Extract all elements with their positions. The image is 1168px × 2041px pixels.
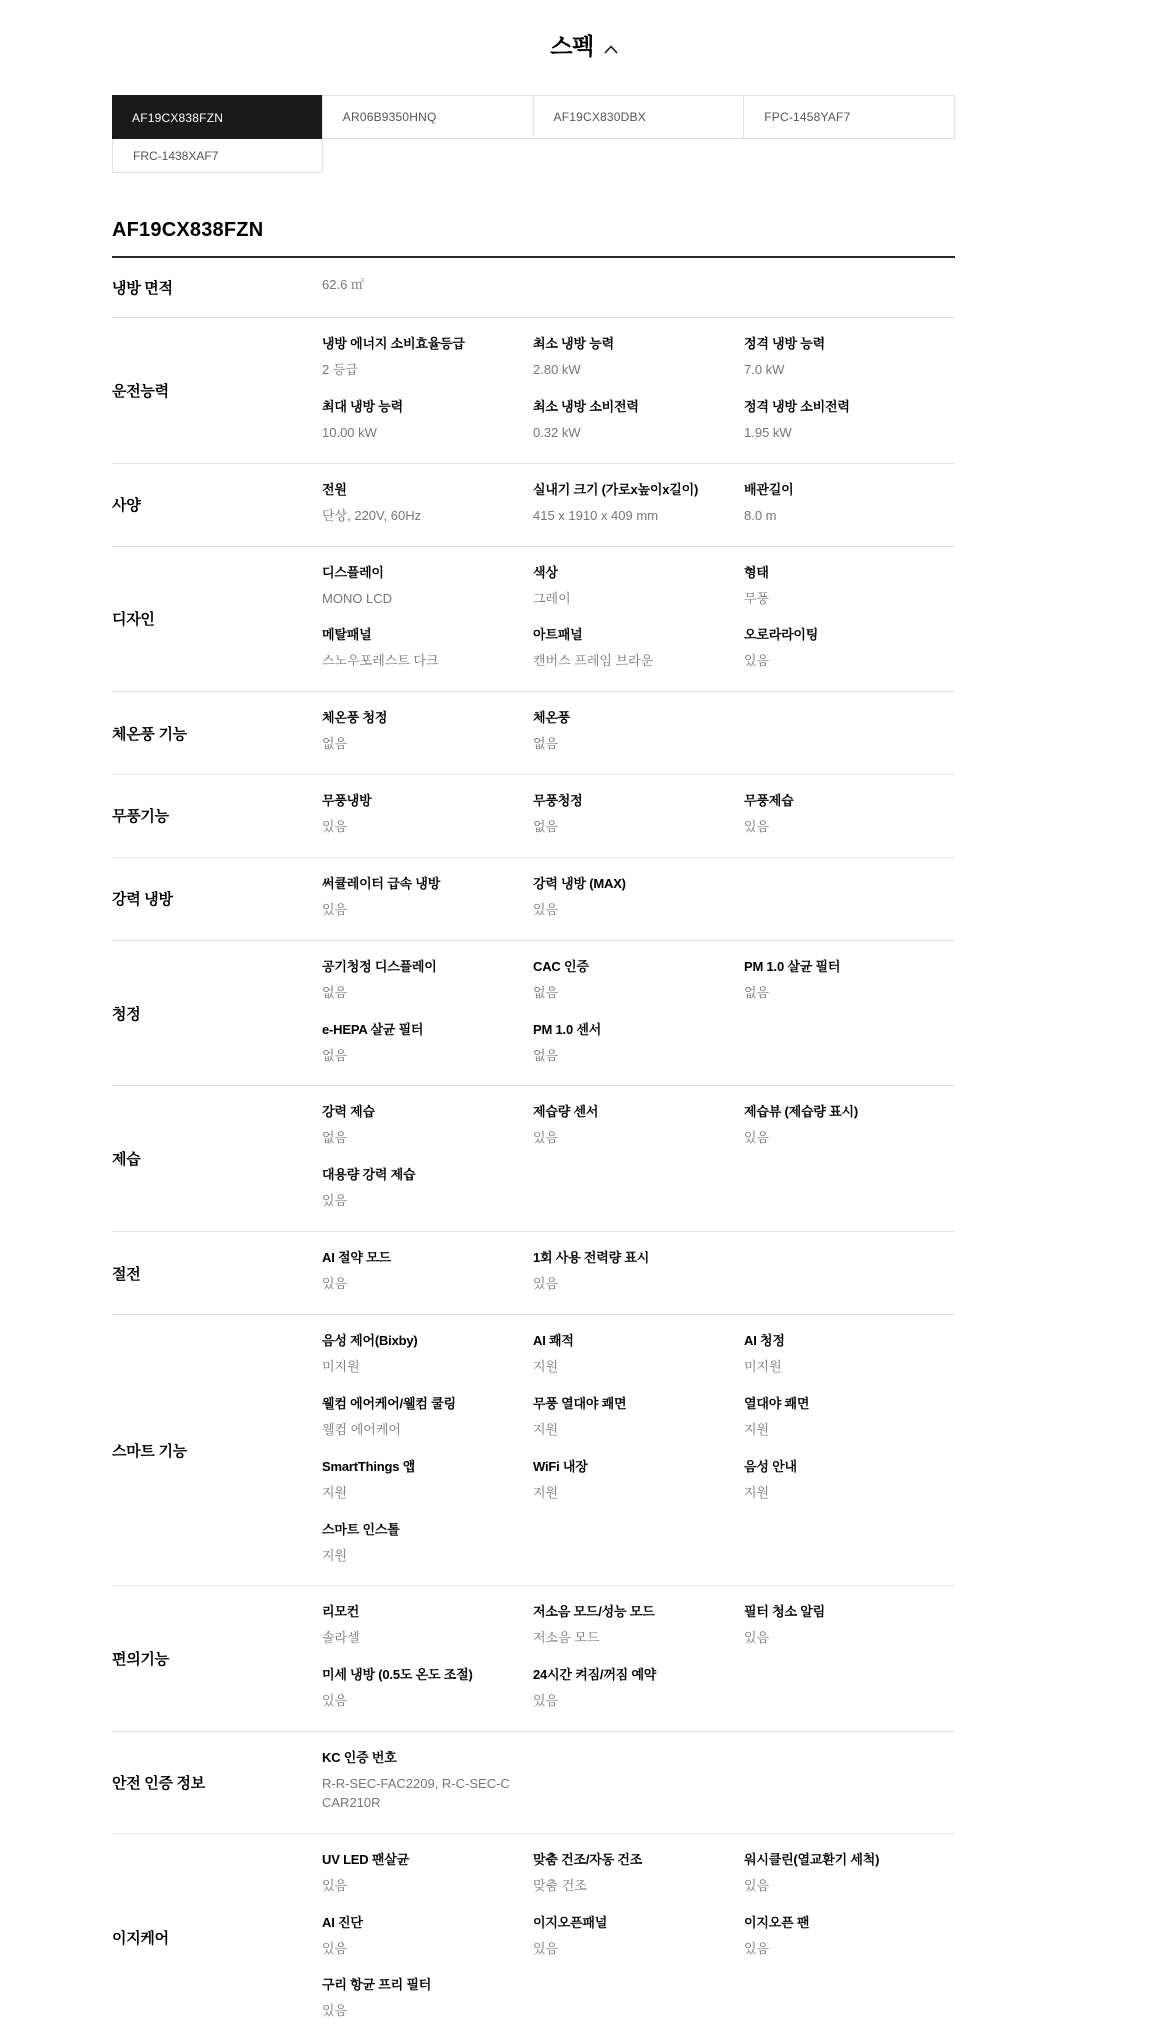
spec-item: 무풍냉방있음 [322, 790, 533, 837]
spec-value: 있음 [322, 1692, 511, 1711]
spec-label: 배관길이 [744, 479, 933, 498]
spec-label: 음성 안내 [744, 1456, 933, 1475]
spec-label: 이지오픈 팬 [744, 1912, 933, 1931]
spec-row: 디스플레이MONO LCD색상그레이형태무풍 [322, 562, 955, 625]
spec-section: 무풍기능무풍냉방있음무풍청정없음무풍제습있음 [112, 774, 955, 857]
model-tab-af19cx838fzn[interactable]: AF19CX838FZN [112, 95, 322, 139]
spec-item: 써큘레이터 급속 냉방있음 [322, 873, 533, 920]
spec-value: 미지원 [744, 1358, 933, 1377]
spec-label: 강력 제습 [322, 1101, 511, 1120]
spec-value: 415 x 1910 x 409 mm [533, 507, 722, 526]
spec-value: 있음 [322, 2002, 511, 2021]
spec-item: 무풍 열대야 쾌면지원 [533, 1393, 744, 1440]
spec-item: UV LED 팬살균있음 [322, 1849, 533, 1896]
spec-value: 2 등급 [322, 361, 511, 380]
spec-label: 리모컨 [322, 1601, 511, 1620]
spec-row: 강력 제습없음제습량 센서있음제습뷰 (제습량 표시)있음 [322, 1101, 955, 1164]
spec-row: e-HEPA 살균 필터없음PM 1.0 센서없음 [322, 1019, 955, 1082]
section-items: 체온풍 청정없음체온풍없음 [322, 692, 955, 774]
spec-label: 음성 제어(Bixby) [322, 1330, 511, 1349]
spec-item: 62.6 ㎡ [322, 273, 533, 297]
spec-row: 최대 냉방 능력10.00 kW최소 냉방 소비전력0.32 kW정격 냉방 소… [322, 396, 955, 459]
section-items: KC 인증 번호R-R-SEC-FAC2209, R-C-SEC-CCAR210… [322, 1732, 955, 1833]
spec-value: 있음 [322, 1877, 511, 1896]
section-name: 운전능력 [112, 318, 322, 463]
spec-label: 정격 냉방 능력 [744, 333, 933, 352]
spec-value: 지원 [744, 1421, 933, 1440]
spec-label: 필터 청소 알림 [744, 1601, 933, 1620]
model-tabs-row2: FRC-1438XAF7 [112, 139, 955, 173]
spec-item: 1회 사용 전력량 표시있음 [533, 1247, 744, 1294]
spec-value: 미지원 [322, 1358, 511, 1377]
spec-value: 솔라셀 [322, 1629, 511, 1648]
section-items: 음성 제어(Bixby)미지원AI 쾌적지원AI 청정미지원웰컴 에어케어/웰컴… [322, 1315, 955, 1585]
spec-row: AI 절약 모드있음1회 사용 전력량 표시있음 [322, 1247, 955, 1310]
spec-label: 24시간 켜짐/꺼짐 예약 [533, 1664, 722, 1683]
spec-label: e-HEPA 살균 필터 [322, 1019, 511, 1038]
spec-item: WiFi 내장지원 [533, 1456, 744, 1503]
spec-item: 스마트 인스톨지원 [322, 1519, 533, 1566]
spec-value: 있음 [744, 818, 933, 837]
spec-row: 대용량 강력 제습있음 [322, 1164, 955, 1227]
spec-value: 없음 [533, 984, 722, 1003]
section-items: UV LED 팬살균있음맞춤 건조/자동 건조맞춤 건조워시클린(열교환기 세척… [322, 1834, 955, 2041]
spec-label: 구리 항균 프리 필터 [322, 1974, 511, 1993]
spec-section: 사양전원단상, 220V, 60Hz실내기 크기 (가로x높이x길이)415 x… [112, 463, 955, 546]
spec-label: 미세 냉방 (0.5도 온도 조절) [322, 1664, 511, 1683]
spec-label: 대용량 강력 제습 [322, 1164, 511, 1183]
model-tab-ar06b9350hnq[interactable]: AR06B9350HNQ [322, 96, 533, 138]
spec-section: 체온풍 기능체온풍 청정없음체온풍없음 [112, 691, 955, 774]
section-items: 무풍냉방있음무풍청정없음무풍제습있음 [322, 775, 955, 857]
spec-section: 청정공기청정 디스플레이없음CAC 인증없음PM 1.0 살균 필터없음e-HE… [112, 940, 955, 1086]
section-name: 절전 [112, 1232, 322, 1314]
spec-label: 메탈패널 [322, 624, 511, 643]
spec-value: 없음 [322, 1047, 511, 1066]
spec-item: PM 1.0 센서없음 [533, 1019, 744, 1066]
spec-label: PM 1.0 센서 [533, 1019, 722, 1038]
spec-label: KC 인증 번호 [322, 1747, 511, 1766]
spec-item: 이지오픈패널있음 [533, 1912, 744, 1959]
spec-label: 맞춤 건조/자동 건조 [533, 1849, 722, 1868]
model-tab-fpc-1458yaf7[interactable]: FPC-1458YAF7 [743, 96, 954, 138]
spec-row: 구리 항균 프리 필터있음 [322, 1974, 955, 2037]
spec-item: 최대 냉방 능력10.00 kW [322, 396, 533, 443]
spec-value: 있음 [744, 1129, 933, 1148]
spec-section: 디자인디스플레이MONO LCD색상그레이형태무풍메탈패널스노우포레스트 다크아… [112, 546, 955, 692]
spec-item: AI 쾌적지원 [533, 1330, 744, 1377]
spec-item: 열대야 쾌면지원 [744, 1393, 955, 1440]
section-name: 디자인 [112, 547, 322, 692]
spec-row: 음성 제어(Bixby)미지원AI 쾌적지원AI 청정미지원 [322, 1330, 955, 1393]
spec-row: 전원단상, 220V, 60Hz실내기 크기 (가로x높이x길이)415 x 1… [322, 479, 955, 542]
spec-value: 있음 [322, 1192, 511, 1211]
section-items: 써큘레이터 급속 냉방있음강력 냉방 (MAX)있음 [322, 858, 955, 940]
spec-label: CAC 인증 [533, 956, 722, 975]
spec-value: 있음 [322, 901, 511, 920]
spec-value: 단상, 220V, 60Hz [322, 507, 511, 526]
spec-label: 최소 냉방 능력 [533, 333, 722, 352]
section-items: 전원단상, 220V, 60Hz실내기 크기 (가로x높이x길이)415 x 1… [322, 464, 955, 546]
spec-value: 웰컴 에어케어 [322, 1421, 511, 1440]
spec-label: 디스플레이 [322, 562, 511, 581]
spec-row: 스마트 인스톨지원 [322, 1519, 955, 1582]
spec-item: 공기청정 디스플레이없음 [322, 956, 533, 1003]
section-name: 이지케어 [112, 1834, 322, 2041]
model-heading: AF19CX838FZN [112, 219, 955, 258]
spec-label: 체온풍 청정 [322, 707, 511, 726]
spec-value: 62.6 ㎡ [322, 276, 364, 295]
spec-table: 냉방 면적62.6 ㎡운전능력냉방 에너지 소비효율등급2 등급최소 냉방 능력… [112, 258, 955, 2041]
spec-section: 편의기능리모컨솔라셀저소음 모드/성능 모드저소음 모드필터 청소 알림있음미세… [112, 1585, 955, 1731]
section-name: 체온풍 기능 [112, 692, 322, 774]
spec-value: 있음 [322, 1940, 511, 1959]
spec-item: 강력 제습없음 [322, 1101, 533, 1148]
spec-item: 음성 제어(Bixby)미지원 [322, 1330, 533, 1377]
spec-label: 최소 냉방 소비전력 [533, 396, 722, 415]
spec-label: 형태 [744, 562, 933, 581]
spec-value: 지원 [322, 1547, 511, 1566]
spec-item: e-HEPA 살균 필터없음 [322, 1019, 533, 1066]
spec-value: 1.95 kW [744, 424, 933, 443]
section-name: 제습 [112, 1086, 322, 1231]
spec-value: 있음 [322, 818, 511, 837]
spec-item: 제습뷰 (제습량 표시)있음 [744, 1101, 955, 1148]
spec-item: CAC 인증없음 [533, 956, 744, 1003]
spec-item: 디스플레이MONO LCD [322, 562, 533, 609]
spec-row: AI 진단있음이지오픈패널있음이지오픈 팬있음 [322, 1912, 955, 1975]
spec-item: 필터 청소 알림있음 [744, 1601, 955, 1648]
spec-section: 안전 인증 정보KC 인증 번호R-R-SEC-FAC2209, R-C-SEC… [112, 1731, 955, 1833]
spec-item: 최소 냉방 소비전력0.32 kW [533, 396, 744, 443]
spec-label: 무풍 열대야 쾌면 [533, 1393, 722, 1412]
spec-value: 없음 [533, 735, 722, 754]
spec-value: 지원 [533, 1358, 722, 1377]
spec-item: 정격 냉방 소비전력1.95 kW [744, 396, 955, 443]
spec-value: 맞춤 건조 [533, 1877, 722, 1896]
spec-item: 대용량 강력 제습있음 [322, 1164, 533, 1211]
spec-value: 0.32 kW [533, 424, 722, 443]
spec-item: 색상그레이 [533, 562, 744, 609]
spec-label: 웰컴 에어케어/웰컴 쿨링 [322, 1393, 511, 1412]
spec-item: KC 인증 번호R-R-SEC-FAC2209, R-C-SEC-CCAR210… [322, 1747, 533, 1813]
spec-label: AI 절약 모드 [322, 1247, 511, 1266]
spec-label: 아트패널 [533, 624, 722, 643]
spec-item: AI 절약 모드있음 [322, 1247, 533, 1294]
spec-label: 색상 [533, 562, 722, 581]
spec-row: 62.6 ㎡ [322, 273, 955, 313]
spec-row: KC 인증 번호R-R-SEC-FAC2209, R-C-SEC-CCAR210… [322, 1747, 955, 1829]
spec-label: 스마트 인스톨 [322, 1519, 511, 1538]
spec-accordion-header[interactable]: 스펙 [0, 0, 1168, 95]
spec-label: 실내기 크기 (가로x높이x길이) [533, 479, 722, 498]
spec-item: PM 1.0 살균 필터없음 [744, 956, 955, 1003]
spec-label: SmartThings 앱 [322, 1456, 511, 1475]
spec-label: 열대야 쾌면 [744, 1393, 933, 1412]
spec-row: 웰컴 에어케어/웰컴 쿨링웰컴 에어케어무풍 열대야 쾌면지원열대야 쾌면지원 [322, 1393, 955, 1456]
spec-section: 냉방 면적62.6 ㎡ [112, 258, 955, 317]
spec-value: 없음 [744, 984, 933, 1003]
spec-value: 지원 [744, 1484, 933, 1503]
spec-value: 8.0 m [744, 507, 933, 526]
spec-label: 제습뷰 (제습량 표시) [744, 1101, 933, 1120]
spec-label: 무풍제습 [744, 790, 933, 809]
spec-value: 있음 [533, 1129, 722, 1148]
spec-label: 오로라라이팅 [744, 624, 933, 643]
spec-label: 전원 [322, 479, 511, 498]
section-items: 62.6 ㎡ [322, 258, 955, 317]
spec-row: SmartThings 앱지원WiFi 내장지원음성 안내지원 [322, 1456, 955, 1519]
spec-value: 있음 [744, 1877, 933, 1896]
spec-item: 무풍청정없음 [533, 790, 744, 837]
spec-item: 이지오픈 팬있음 [744, 1912, 955, 1959]
section-name: 사양 [112, 464, 322, 546]
spec-item: AI 진단있음 [322, 1912, 533, 1959]
spec-value: 없음 [322, 984, 511, 1003]
spec-item: 전원단상, 220V, 60Hz [322, 479, 533, 526]
spec-label: 1회 사용 전력량 표시 [533, 1247, 722, 1266]
spec-label: 최대 냉방 능력 [322, 396, 511, 415]
spec-row: 미세 냉방 (0.5도 온도 조절)있음24시간 켜짐/꺼짐 예약있음 [322, 1664, 955, 1727]
section-items: 리모컨솔라셀저소음 모드/성능 모드저소음 모드필터 청소 알림있음미세 냉방 … [322, 1586, 955, 1731]
spec-section: 절전AI 절약 모드있음1회 사용 전력량 표시있음 [112, 1231, 955, 1314]
spec-item: 최소 냉방 능력2.80 kW [533, 333, 744, 380]
section-name: 스마트 기능 [112, 1315, 322, 1585]
section-name: 강력 냉방 [112, 858, 322, 940]
section-items: 디스플레이MONO LCD색상그레이형태무풍메탈패널스노우포레스트 다크아트패널… [322, 547, 955, 692]
spec-value: 있음 [533, 1692, 722, 1711]
spec-value: 있음 [744, 1940, 933, 1959]
spec-row: 공기청정 디스플레이없음CAC 인증없음PM 1.0 살균 필터없음 [322, 956, 955, 1019]
spec-item: 리모컨솔라셀 [322, 1601, 533, 1648]
model-tab-af19cx830dbx[interactable]: AF19CX830DBX [533, 96, 744, 138]
spec-item: 구리 항균 프리 필터있음 [322, 1974, 533, 2021]
spec-panel: AF19CX838FZNAR06B9350HNQAF19CX830DBXFPC-… [112, 95, 955, 2041]
spec-value: 있음 [533, 901, 722, 920]
spec-section: 운전능력냉방 에너지 소비효율등급2 등급최소 냉방 능력2.80 kW정격 냉… [112, 317, 955, 463]
spec-row: 냉방 에너지 소비효율등급2 등급최소 냉방 능력2.80 kW정격 냉방 능력… [322, 333, 955, 396]
spec-label: 무풍냉방 [322, 790, 511, 809]
spec-label: 써큘레이터 급속 냉방 [322, 873, 511, 892]
spec-item: 냉방 에너지 소비효율등급2 등급 [322, 333, 533, 380]
spec-item: 체온풍없음 [533, 707, 744, 754]
spec-value: 10.00 kW [322, 424, 511, 443]
spec-value: 그레이 [533, 590, 722, 609]
spec-item: 배관길이8.0 m [744, 479, 955, 526]
spec-item: 체온풍 청정없음 [322, 707, 533, 754]
spec-item: 24시간 켜짐/꺼짐 예약있음 [533, 1664, 744, 1711]
spec-row: 메탈패널스노우포레스트 다크아트패널캔버스 프레임 브라운오로라라이팅있음 [322, 624, 955, 687]
spec-item: 미세 냉방 (0.5도 온도 조절)있음 [322, 1664, 533, 1711]
spec-label: 냉방 에너지 소비효율등급 [322, 333, 511, 352]
section-items: 강력 제습없음제습량 센서있음제습뷰 (제습량 표시)있음대용량 강력 제습있음 [322, 1086, 955, 1231]
spec-item: 무풍제습있음 [744, 790, 955, 837]
section-name: 청정 [112, 941, 322, 1086]
spec-label: 제습량 센서 [533, 1101, 722, 1120]
spec-row: 체온풍 청정없음체온풍없음 [322, 707, 955, 770]
section-name: 안전 인증 정보 [112, 1732, 322, 1833]
section-name: 편의기능 [112, 1586, 322, 1731]
spec-item: 형태무풍 [744, 562, 955, 609]
spec-item: 오로라라이팅있음 [744, 624, 955, 671]
spec-value: 저소음 모드 [533, 1629, 722, 1648]
section-name: 무풍기능 [112, 775, 322, 857]
spec-label: AI 쾌적 [533, 1330, 722, 1349]
section-items: 공기청정 디스플레이없음CAC 인증없음PM 1.0 살균 필터없음e-HEPA… [322, 941, 955, 1086]
spec-item: 워시클린(열교환기 세척)있음 [744, 1849, 955, 1896]
spec-value: R-R-SEC-FAC2209, R-C-SEC-CCAR210R [322, 1775, 511, 1813]
spec-label: 공기청정 디스플레이 [322, 956, 511, 975]
spec-value: 있음 [322, 1275, 511, 1294]
spec-value: 7.0 kW [744, 361, 933, 380]
section-name: 냉방 면적 [112, 258, 322, 317]
spec-item: 웰컴 에어케어/웰컴 쿨링웰컴 에어케어 [322, 1393, 533, 1440]
spec-value: 없음 [533, 818, 722, 837]
spec-label: UV LED 팬살균 [322, 1849, 511, 1868]
spec-section: 스마트 기능음성 제어(Bixby)미지원AI 쾌적지원AI 청정미지원웰컴 에… [112, 1314, 955, 1585]
spec-label: PM 1.0 살균 필터 [744, 956, 933, 975]
spec-value: 무풍 [744, 590, 933, 609]
section-items: 냉방 에너지 소비효율등급2 등급최소 냉방 능력2.80 kW정격 냉방 능력… [322, 318, 955, 463]
spec-row: UV LED 팬살균있음맞춤 건조/자동 건조맞춤 건조워시클린(열교환기 세척… [322, 1849, 955, 1912]
spec-item: SmartThings 앱지원 [322, 1456, 533, 1503]
spec-value: 있음 [533, 1275, 722, 1294]
spec-item: 맞춤 건조/자동 건조맞춤 건조 [533, 1849, 744, 1896]
spec-section: 강력 냉방써큘레이터 급속 냉방있음강력 냉방 (MAX)있음 [112, 857, 955, 940]
spec-value: 없음 [322, 735, 511, 754]
spec-value: 지원 [322, 1484, 511, 1503]
spec-value: 지원 [533, 1484, 722, 1503]
spec-label: 무풍청정 [533, 790, 722, 809]
spec-item: 정격 냉방 능력7.0 kW [744, 333, 955, 380]
spec-item: 제습량 센서있음 [533, 1101, 744, 1148]
spec-label: 워시클린(열교환기 세척) [744, 1849, 933, 1868]
spec-item: 강력 냉방 (MAX)있음 [533, 873, 744, 920]
model-tabs-row1: AF19CX838FZNAR06B9350HNQAF19CX830DBXFPC-… [112, 95, 955, 139]
spec-item: 음성 안내지원 [744, 1456, 955, 1503]
spec-value: 있음 [744, 652, 933, 671]
spec-value: 없음 [322, 1129, 511, 1148]
spec-label: AI 청정 [744, 1330, 933, 1349]
spec-row: 리모컨솔라셀저소음 모드/성능 모드저소음 모드필터 청소 알림있음 [322, 1601, 955, 1664]
spec-section: 제습강력 제습없음제습량 센서있음제습뷰 (제습량 표시)있음대용량 강력 제습… [112, 1085, 955, 1231]
spec-item: AI 청정미지원 [744, 1330, 955, 1377]
spec-value: 캔버스 프레임 브라운 [533, 652, 722, 671]
spec-value: 있음 [533, 1940, 722, 1959]
section-items: AI 절약 모드있음1회 사용 전력량 표시있음 [322, 1232, 955, 1314]
page-title: 스펙 [550, 28, 593, 61]
spec-label: 이지오픈패널 [533, 1912, 722, 1931]
spec-label: AI 진단 [322, 1912, 511, 1931]
spec-row: 무풍냉방있음무풍청정없음무풍제습있음 [322, 790, 955, 853]
model-tab-frc-1438xaf7[interactable]: FRC-1438XAF7 [112, 139, 323, 173]
spec-label: 저소음 모드/성능 모드 [533, 1601, 722, 1620]
spec-row: 써큘레이터 급속 냉방있음강력 냉방 (MAX)있음 [322, 873, 955, 936]
spec-label: WiFi 내장 [533, 1456, 722, 1475]
spec-item: 실내기 크기 (가로x높이x길이)415 x 1910 x 409 mm [533, 479, 744, 526]
chevron-up-icon[interactable] [604, 33, 618, 60]
spec-label: 정격 냉방 소비전력 [744, 396, 933, 415]
spec-label: 체온풍 [533, 707, 722, 726]
spec-item: 저소음 모드/성능 모드저소음 모드 [533, 1601, 744, 1648]
spec-value: 스노우포레스트 다크 [322, 652, 511, 671]
spec-value: 있음 [744, 1629, 933, 1648]
spec-item: 메탈패널스노우포레스트 다크 [322, 624, 533, 671]
spec-item: 아트패널캔버스 프레임 브라운 [533, 624, 744, 671]
spec-value: MONO LCD [322, 590, 511, 609]
spec-label: 강력 냉방 (MAX) [533, 873, 722, 892]
spec-value: 없음 [533, 1047, 722, 1066]
spec-value: 지원 [533, 1421, 722, 1440]
spec-section: 이지케어UV LED 팬살균있음맞춤 건조/자동 건조맞춤 건조워시클린(열교환… [112, 1833, 955, 2041]
spec-value: 2.80 kW [533, 361, 722, 380]
